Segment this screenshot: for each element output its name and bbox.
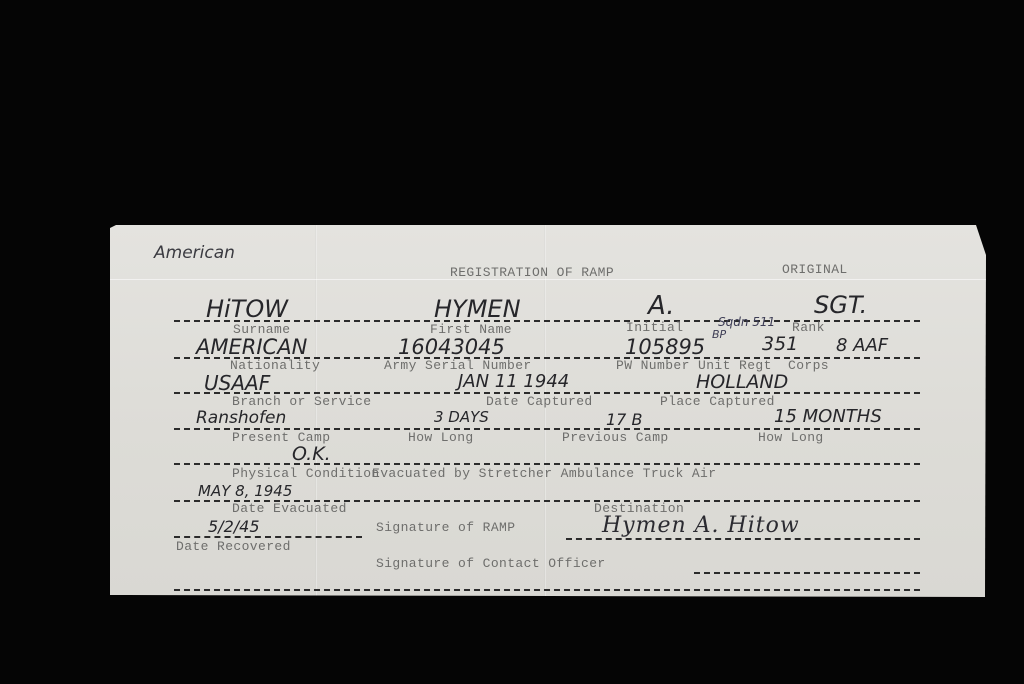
form-rule xyxy=(174,463,920,465)
previous-camp-value: 17 B xyxy=(606,410,642,429)
initial-label: Initial xyxy=(626,320,683,335)
form-rule xyxy=(566,538,920,540)
corps-label: Corps xyxy=(788,358,829,373)
squadron-annotation: Sqdn 511 xyxy=(718,315,775,329)
form-rule xyxy=(174,536,362,538)
pw-number-label: PW Number xyxy=(616,358,690,373)
branch-label: Branch or Service xyxy=(232,394,371,409)
copy-label: ORIGINAL xyxy=(782,262,848,277)
place-captured-label: Place Captured xyxy=(660,394,775,409)
pw-number-value: 105895 xyxy=(625,335,705,359)
date-evacuated-label: Date Evacuated xyxy=(232,501,347,516)
ramp-signature: Hymen A. Hitow xyxy=(602,513,800,538)
corps-value: 8 AAF xyxy=(836,335,888,356)
place-captured-value: HOLLAND xyxy=(696,371,788,393)
surname-value: HiTOW xyxy=(206,295,288,323)
date-recovered-label: Date Recovered xyxy=(176,539,291,554)
previous-camp-label: Previous Camp xyxy=(562,430,669,445)
previous-how-long-label: How Long xyxy=(758,430,824,445)
bp-annotation: BP xyxy=(712,328,726,341)
paper-fold xyxy=(315,225,317,597)
present-camp-duration-value: 3 DAYS xyxy=(434,408,489,426)
serial-number-value: 16043045 xyxy=(398,335,505,359)
form-rule xyxy=(174,589,920,591)
date-recovered-value: 5/2/45 xyxy=(208,517,260,536)
contact-officer-label: Signature of Contact Officer xyxy=(376,556,606,571)
signature-ramp-label: Signature of RAMP xyxy=(376,520,515,535)
physical-condition-value: O.K. xyxy=(292,443,331,465)
paper-fold xyxy=(544,225,546,597)
nationality-value: AMERICAN xyxy=(196,335,307,359)
form-rule xyxy=(694,572,920,574)
initial-value: A. xyxy=(648,291,675,321)
physical-condition-label: Physical Condition xyxy=(232,466,380,481)
ramp-registration-card: American REGISTRATION OF RAMP ORIGINAL H… xyxy=(110,225,986,597)
first-name-value: HYMEN xyxy=(434,295,521,323)
present-camp-value: Ranshofen xyxy=(196,408,286,428)
date-captured-value: JAN 11 1944 xyxy=(458,371,569,392)
previous-camp-duration-value: 15 MONTHS xyxy=(774,406,882,427)
date-evacuated-value: MAY 8, 1945 xyxy=(198,482,292,500)
date-captured-label: Date Captured xyxy=(486,394,593,409)
evacuated-by-label: Evacuated by Stretcher Ambulance Truck A… xyxy=(372,466,716,481)
unit-value: 351 xyxy=(762,333,798,355)
corner-note: American xyxy=(154,243,235,263)
rank-value: SGT. xyxy=(814,291,867,319)
form-title: REGISTRATION OF RAMP xyxy=(450,265,614,280)
how-long-label: How Long xyxy=(408,430,474,445)
